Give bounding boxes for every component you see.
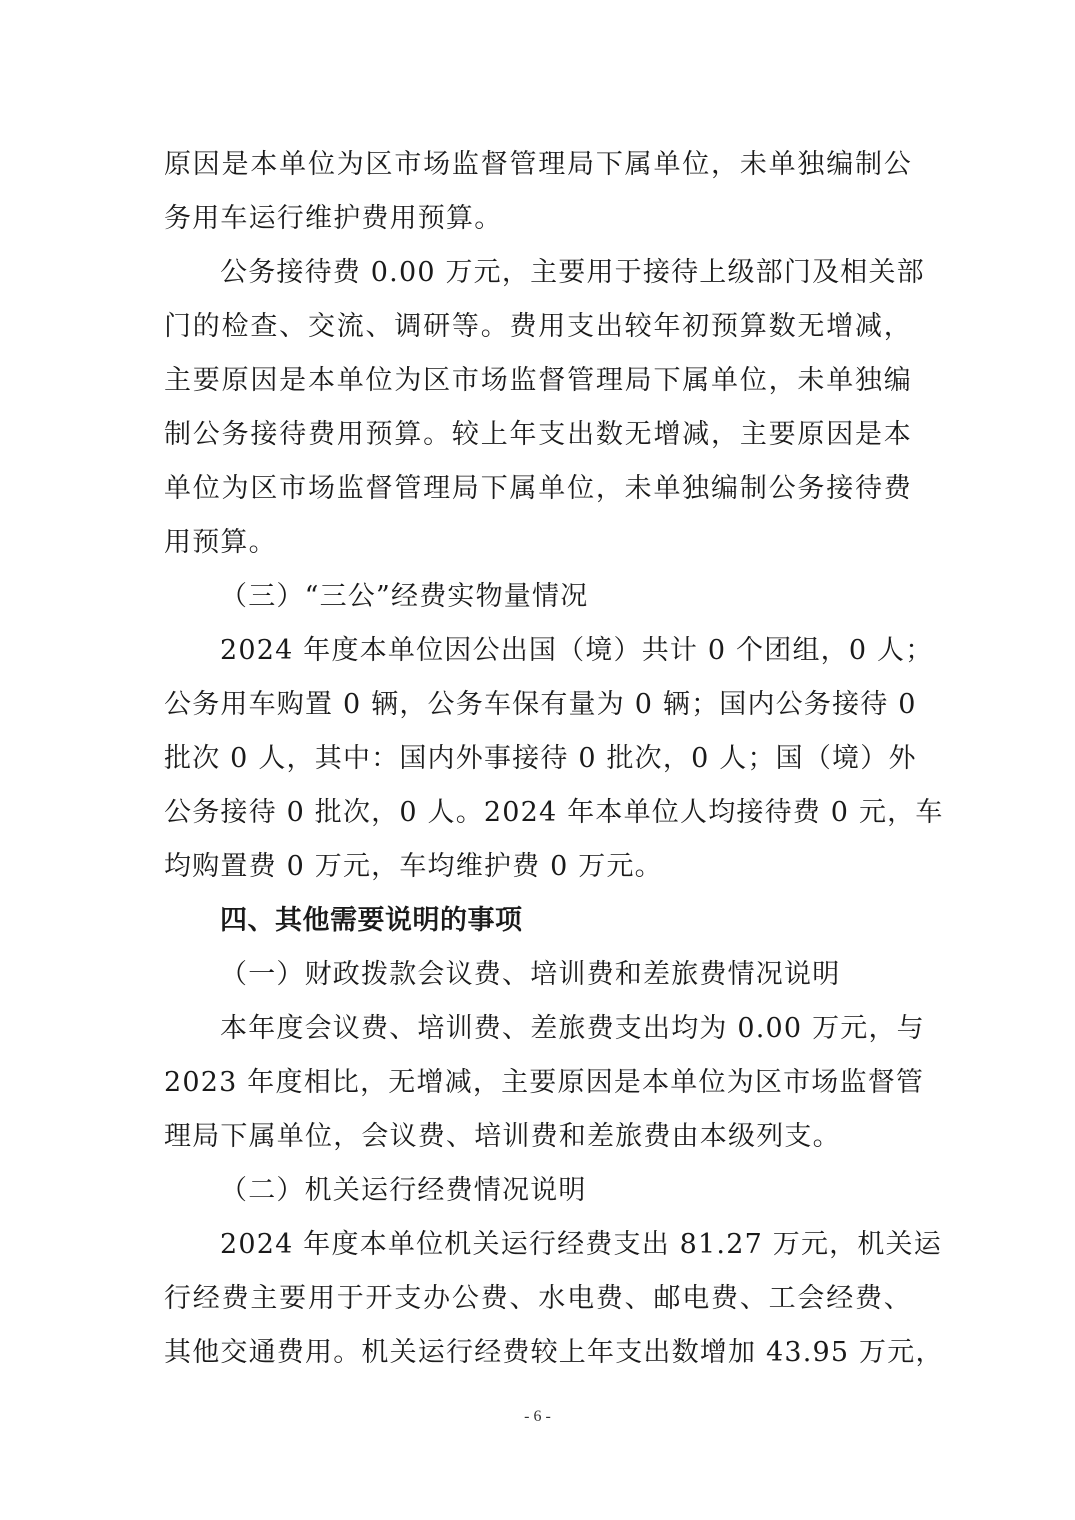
paragraph-line: 2024 年度本单位因公出国（境）共计 0 个团组，0 人；	[164, 624, 912, 678]
paragraph-line: 理局下属单位，会议费、培训费和差旅费由本级列支。	[164, 1110, 912, 1164]
paragraph-line: 单位为区市场监督管理局下属单位，未单独编制公务接待费	[164, 462, 912, 516]
paragraph-line: 批次 0 人，其中：国内外事接待 0 批次，0 人；国（境）外	[164, 732, 912, 786]
paragraph-line: 均购置费 0 万元，车均维护费 0 万元。	[164, 840, 912, 894]
paragraph-line: 行经费主要用于开支办公费、水电费、邮电费、工会经费、	[164, 1272, 912, 1326]
paragraph-line: 2024 年度本单位机关运行经费支出 81.27 万元，机关运	[164, 1218, 912, 1272]
paragraph-line: 公务接待费 0.00 万元，主要用于接待上级部门及相关部	[164, 246, 912, 300]
paragraph-line: 务用车运行维护费用预算。	[164, 192, 912, 246]
paragraph-line: 制公务接待费用预算。较上年支出数无增减，主要原因是本	[164, 408, 912, 462]
paragraph-line: 用预算。	[164, 516, 912, 570]
section-heading: 四、其他需要说明的事项	[164, 894, 912, 948]
paragraph-line: 公务用车购置 0 辆，公务车保有量为 0 辆；国内公务接待 0	[164, 678, 912, 732]
paragraph-line: 本年度会议费、培训费、差旅费支出均为 0.00 万元，与	[164, 1002, 912, 1056]
paragraph-line: 原因是本单位为区市场监督管理局下属单位，未单独编制公	[164, 138, 912, 192]
paragraph-line: 主要原因是本单位为区市场监督管理局下属单位，未单独编	[164, 354, 912, 408]
document-page: 原因是本单位为区市场监督管理局下属单位，未单独编制公 务用车运行维护费用预算。 …	[164, 138, 914, 1380]
paragraph-line: 其他交通费用。机关运行经费较上年支出数增加 43.95 万元，	[164, 1326, 912, 1380]
subsection-heading: （三）“三公”经费实物量情况	[164, 570, 912, 624]
subsection-heading: （二）机关运行经费情况说明	[164, 1164, 912, 1218]
page-number: - 6 -	[0, 1408, 1075, 1426]
paragraph-line: 门的检查、交流、调研等。费用支出较年初预算数无增减，	[164, 300, 912, 354]
paragraph-line: 2023 年度相比，无增减，主要原因是本单位为区市场监督管	[164, 1056, 912, 1110]
paragraph-line: 公务接待 0 批次，0 人。2024 年本单位人均接待费 0 元，车	[164, 786, 912, 840]
subsection-heading: （一）财政拨款会议费、培训费和差旅费情况说明	[164, 948, 912, 1002]
